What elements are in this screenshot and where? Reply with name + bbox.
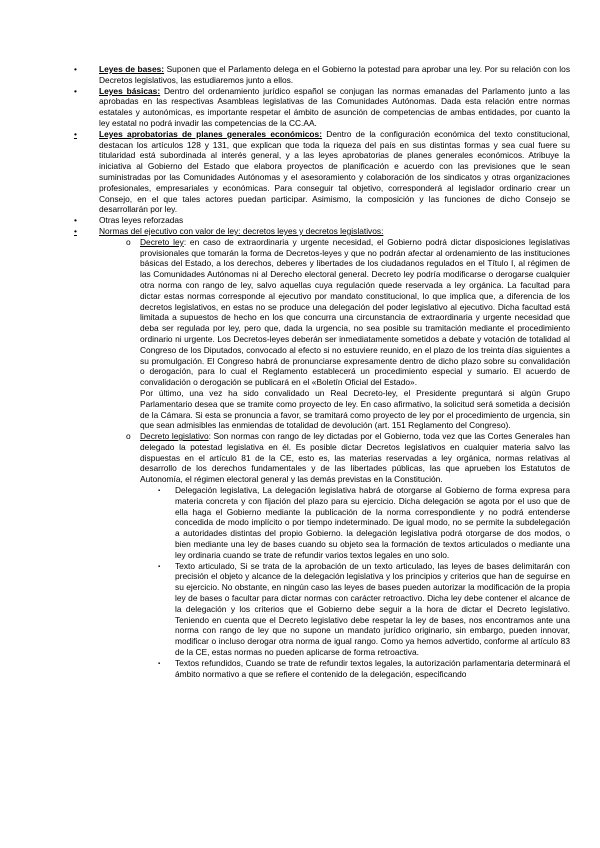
body-text: Dentro de la configuración económica del… [99,129,570,215]
term-label: Leyes básicas: [99,86,160,96]
list-item-decreto-legislativo: oDecreto legislativo: Son normas con ran… [140,431,570,485]
bullet-icon: • [74,86,77,97]
bullet-icon: • [74,226,77,237]
term-label: Decreto ley [140,237,184,247]
list-item-leyes-basicas: • Leyes básicas: Dentro del ordenamiento… [99,86,570,129]
list-item-textos-refundidos: ▪ Textos refundidos, Cuando se trate de … [175,658,570,680]
square-bullet-icon: ▪ [158,659,160,670]
body-text: : en caso de extraordinaria y urgente ne… [140,237,570,387]
square-bullet-icon: ▪ [158,486,160,497]
body-text: Delegación legislativa, La delegación le… [175,485,570,560]
body-text: Otras leyes reforzadas [99,215,183,225]
list-item-leyes-aprobatorias: • Leyes aprobatorias de planes generales… [99,129,570,215]
circle-bullet-icon: o [126,237,131,248]
body-text: Textos refundidos, Cuando se trate de re… [175,658,570,679]
heading-text: Normas del ejecutivo con valor de ley: d… [99,226,383,236]
document-page: • Leyes de bases: Suponen que el Parlame… [0,0,600,848]
square-bullet-icon: ▪ [158,562,160,573]
body-text: Texto articulado, Si se trata de la apro… [175,561,570,657]
list-item-delegacion-legislativa: ▪ Delegación legislativa, La delegación … [175,485,570,561]
body-text: Dentro del ordenamiento jurídico español… [99,86,570,128]
list-item-otras-leyes: • Otras leyes reforzadas [99,215,570,226]
body-text: Suponen que el Parlamento delega en el G… [99,64,570,85]
list-item-normas-ejecutivo: • Normas del ejecutivo con valor de ley:… [99,226,570,237]
bullet-icon: • [74,64,77,75]
body-text: Por último, una vez ha sido convalidado … [140,388,570,430]
term-label: Decreto legislativo [140,431,209,441]
list-item-leyes-de-bases: • Leyes de bases: Suponen que el Parlame… [99,64,570,86]
list-item-texto-articulado: ▪ Texto articulado, Si se trata de la ap… [175,561,570,658]
circle-bullet-icon: o [126,431,131,442]
bullet-icon: • [74,215,77,226]
paragraph-por-ultimo: Por último, una vez ha sido convalidado … [140,388,570,431]
list-item-decreto-ley: oDecreto ley: en caso de extraordinaria … [140,237,570,388]
term-label: Leyes de bases: [99,64,164,74]
term-label: Leyes aprobatorias de planes generales e… [99,129,322,139]
bullet-icon: • [74,129,77,140]
